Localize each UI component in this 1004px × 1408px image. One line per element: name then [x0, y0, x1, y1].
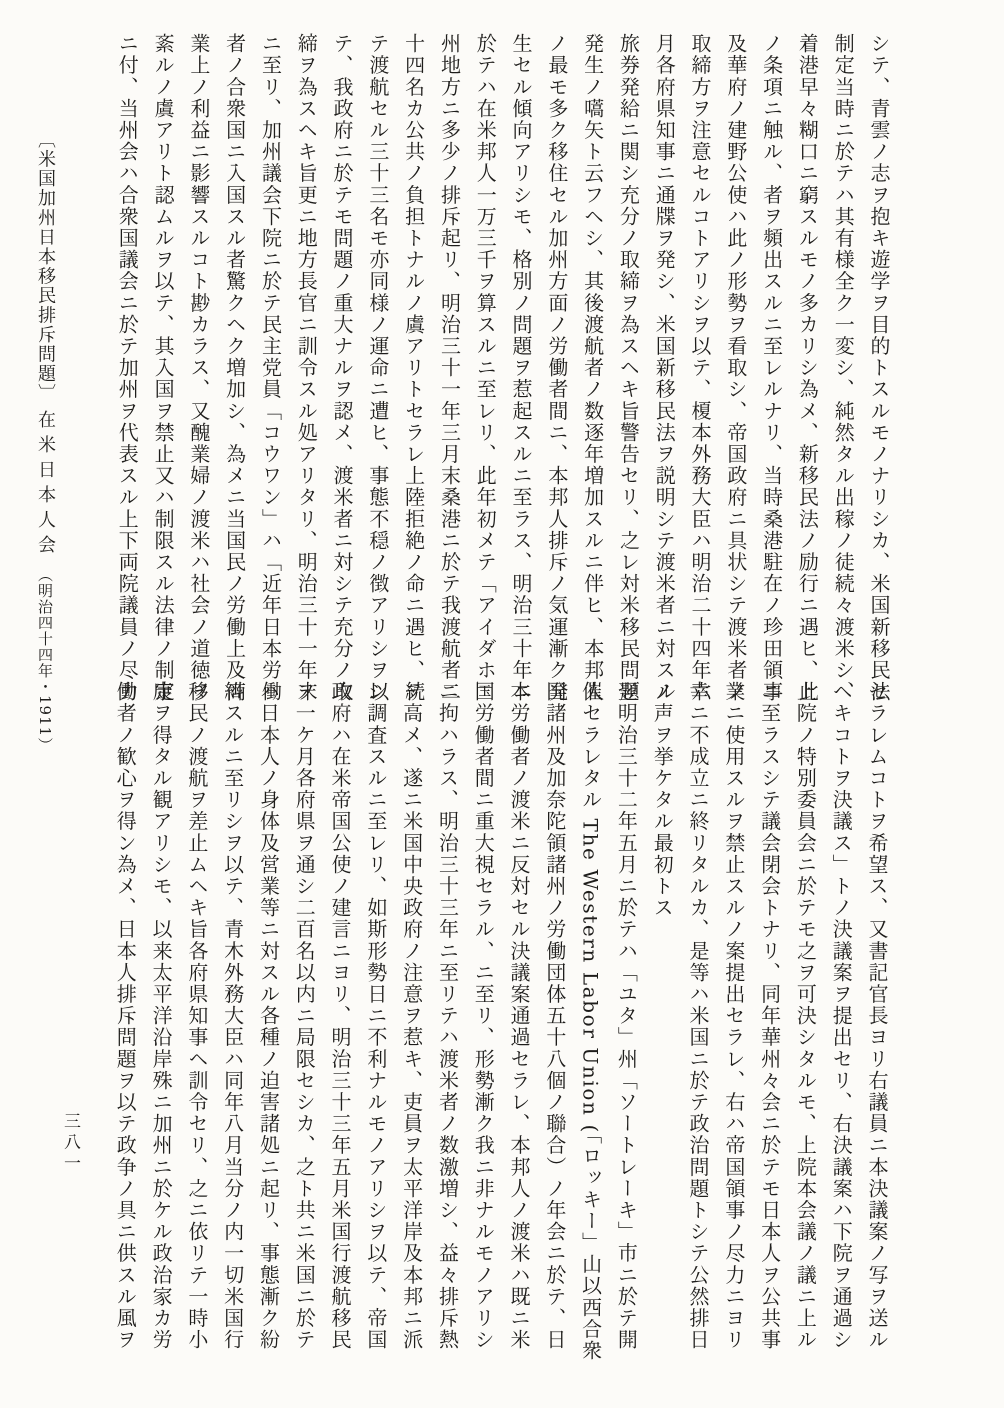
text-column: 働者ノ歓心ヲ得ン為メ、日本人排斥問題ヲ以テ政争ノ具ニ供スル風ヲ [106, 681, 142, 1339]
text-column: 糾スルニ至リシヲ以テ、青木外務大臣ハ同年八月当分ノ内一切米国行 [214, 681, 250, 1339]
bottom-text-block: セラレムコトヲ希望ス、又書記官長ヨリ右議員ニ本決議案ノ写ヲ送ルヘキコトヲ決議ス」… [106, 681, 894, 1339]
document-edition-year: （明治四十四年・1911） [36, 567, 54, 753]
text-column: 旅券発給ニ関シ充分ノ取締ヲ為スヘキ旨警告セリ、之レ対米移民問題 [610, 33, 646, 685]
text-column: 着港早々糊口ニ窮スルモノ多カリシ為メ、新移民法ノ励行ニ遇ヒ、此 [789, 33, 825, 685]
document-title: 〔米国加州日本移民排斥問題〕 [35, 130, 56, 403]
text-column: 紊ルノ虞アリト認ムルヲ以テ、其入国ヲ禁止又ハ制限スル法律ノ制定 [144, 33, 180, 685]
text-column: 者ノ合衆国ニ入国スル者驚クヘク増加シ、為メニ当国民ノ労働上及商 [216, 33, 252, 685]
text-column: テ、我政府ニ於テモ問題ノ重大ナルヲ認メ、渡米者ニ対シテ充分ノ取 [323, 33, 359, 685]
text-column: ノ声ヲ挙ケタル最初トス [643, 681, 679, 1339]
text-column: 康ヲ得タル観アリシモ、以来太平洋沿岸殊ニ加州ニ於ケル政治家カ労 [142, 681, 178, 1339]
text-column: 締ヲ為スヘキ旨更ニ地方長官ニ訓令スル処アリタリ、明治三十一年末 [287, 33, 323, 685]
text-column: ノ最モ多ク移住セル加州方面ノ労働者間ニ、本邦人排斥ノ気運漸ク発 [538, 33, 574, 685]
text-column: 本労働者ノ渡米ニ反対セル決議案通過セラレ、本邦人ノ渡米ハ既ニ米 [500, 681, 536, 1339]
text-column: ハ日本人ノ身体及営業等ニ対スル各種ノ迫害諸処ニ起リ、事態漸ク紛 [250, 681, 286, 1339]
document-subtitle: 在米日本人会 [35, 410, 56, 560]
text-column: ヲ一ケ月各府県ヲ通シ二百名以内ニ局限セシカ、之ト共ニ米国ニ於テ [285, 681, 321, 1339]
text-column: 国労働者間ニ重大視セラル、ニ至リ、形勢漸ク我ニ非ナルモノアリシ [464, 681, 500, 1339]
text-column: シテ、青雲ノ志ヲ抱キ遊学ヲ目的トスルモノナリシカ、米国新移民法 [860, 33, 896, 685]
text-column: 発生ノ嚆矢ト云フヘシ、其後渡航者ノ数逐年増加スルニ伴ヒ、本邦人 [574, 33, 610, 685]
page-number: 三八一 [58, 1112, 83, 1175]
text-column: ニ拘ハラス、明治三十三年ニ至リテハ渡米者ノ数激増シ、益々排斥熱 [429, 681, 465, 1339]
text-column: ニ付、当州会ハ合衆国議会ニ於テ加州ヲ代表スル上下両院議員ノ尽力 [108, 33, 144, 685]
text-column: ヲ高メ、遂ニ米国中央政府ノ注意ヲ惹キ、吏員ヲ太平洋岸及本邦ニ派 [393, 681, 429, 1339]
text-column: 十四名カ公共ノ負担トナルノ虞アリトセラレ上陸拒絶ノ命ニ遇ヒ、続 [395, 33, 431, 685]
text-column: シ調査スルニ至レリ、如斯形勢日ニ不利ナルモノアリシヲ以テ、帝国 [357, 681, 393, 1339]
document-page: シテ、青雲ノ志ヲ抱キ遊学ヲ目的トスルモノナリシカ、米国新移民法制定当時ニ於テハ其… [0, 0, 1004, 1408]
text-column: セラレムコトヲ希望ス、又書記官長ヨリ右議員ニ本決議案ノ写ヲ送ル [858, 681, 894, 1339]
text-column: 取締方ヲ注意セルコトアリシヲ以テ、榎本外務大臣ハ明治二十四年六 [681, 33, 717, 685]
top-text-block: シテ、青雲ノ志ヲ抱キ遊学ヲ目的トスルモノナリシカ、米国新移民法制定当時ニ於テハ其… [108, 33, 896, 685]
text-column: 政府ハ在米帝国公使ノ建言ニヨリ、明治三十三年五月米国行渡航移民 [321, 681, 357, 1339]
text-column: 国諸州及加奈陀領諸州ノ労働団体五十八個ノ聯合）ノ年会ニ於テ、日 [536, 681, 572, 1339]
text-column: テ渡航セル三十三名モ亦同様ノ運命ニ遭ヒ、事態不穏ノ徴アリシヲ以 [359, 33, 395, 685]
text-column: 月各府県知事ニ通牒ヲ発シ、米国新移民法ヲ説明シテ渡米者ニ対スル [645, 33, 681, 685]
text-column: ノ条項ニ触ル、者ヲ頻出スルニ至レルナリ、当時桑港駐在ノ珍田領事 [753, 33, 789, 685]
text-column: ニ至ラスシテ議会閉会トナリ、同年華州々会ニ於テモ日本人ヲ公共事 [751, 681, 787, 1339]
text-column: 於テハ在米邦人一万三千ヲ算スルニ至レリ、此年初メテ「アイダホ」 [466, 33, 502, 685]
text-column: 業ニ使用スルヲ禁止スルノ案提出セラレ、右ハ帝国領事ノ尽力ニヨリ [715, 681, 751, 1339]
text-column: 上院ノ特別委員会ニ於テモ之ヲ可決シタルモ、上院本会議ノ議ニ上ル [787, 681, 823, 1339]
text-column: ヘキコトヲ決議ス」トノ決議案ヲ提出セリ、右決議案ハ下院ヲ通過シ [822, 681, 858, 1339]
text-column: 移民ノ渡航ヲ差止ムヘキ旨各府県知事ヘ訓令セリ、之ニ依リテ一時小 [178, 681, 214, 1339]
text-column: ニ至リ、加州議会下院ニ於テ民主党員「コウワン」ハ「近年日本労働 [252, 33, 288, 685]
text-column: 及華府ノ建野公使ハ此ノ形勢ヲ看取シ、帝国政府ニ具状シテ渡米者ノ [717, 33, 753, 685]
text-column: 生セル傾向アリシモ、格別ノ問題ヲ惹起スルニ至ラス、明治三十年ニ [502, 33, 538, 685]
text-column: 幸ニ不成立ニ終リタルカ、是等ハ米国ニ於テ政治問題トシテ公然排日 [679, 681, 715, 1339]
document-title-column: 〔米国加州日本移民排斥問題〕 在米日本人会 （明治四十四年・1911） [28, 130, 62, 750]
text-column: 催セラレタル The Western Labor Union (「ロッキー」山以… [572, 681, 608, 1339]
text-column: 制定当時ニ於テハ其有様全ク一変シ、純然タル出稼ノ徒続々渡米シ、 [824, 33, 860, 685]
text-column: 州地方ニ多少ノ排斥起リ、明治三十一年三月末桑港ニ於テ我渡航者二 [431, 33, 467, 685]
text-column: 業上ノ利益ニ影響スルコト尠カラス、又醜業婦ノ渡米ハ社会ノ道徳ヲ [180, 33, 216, 685]
text-column: 翌明治三十二年五月ニ於テハ「ユタ」州「ソートレーキ」市ニ於テ開 [608, 681, 644, 1339]
